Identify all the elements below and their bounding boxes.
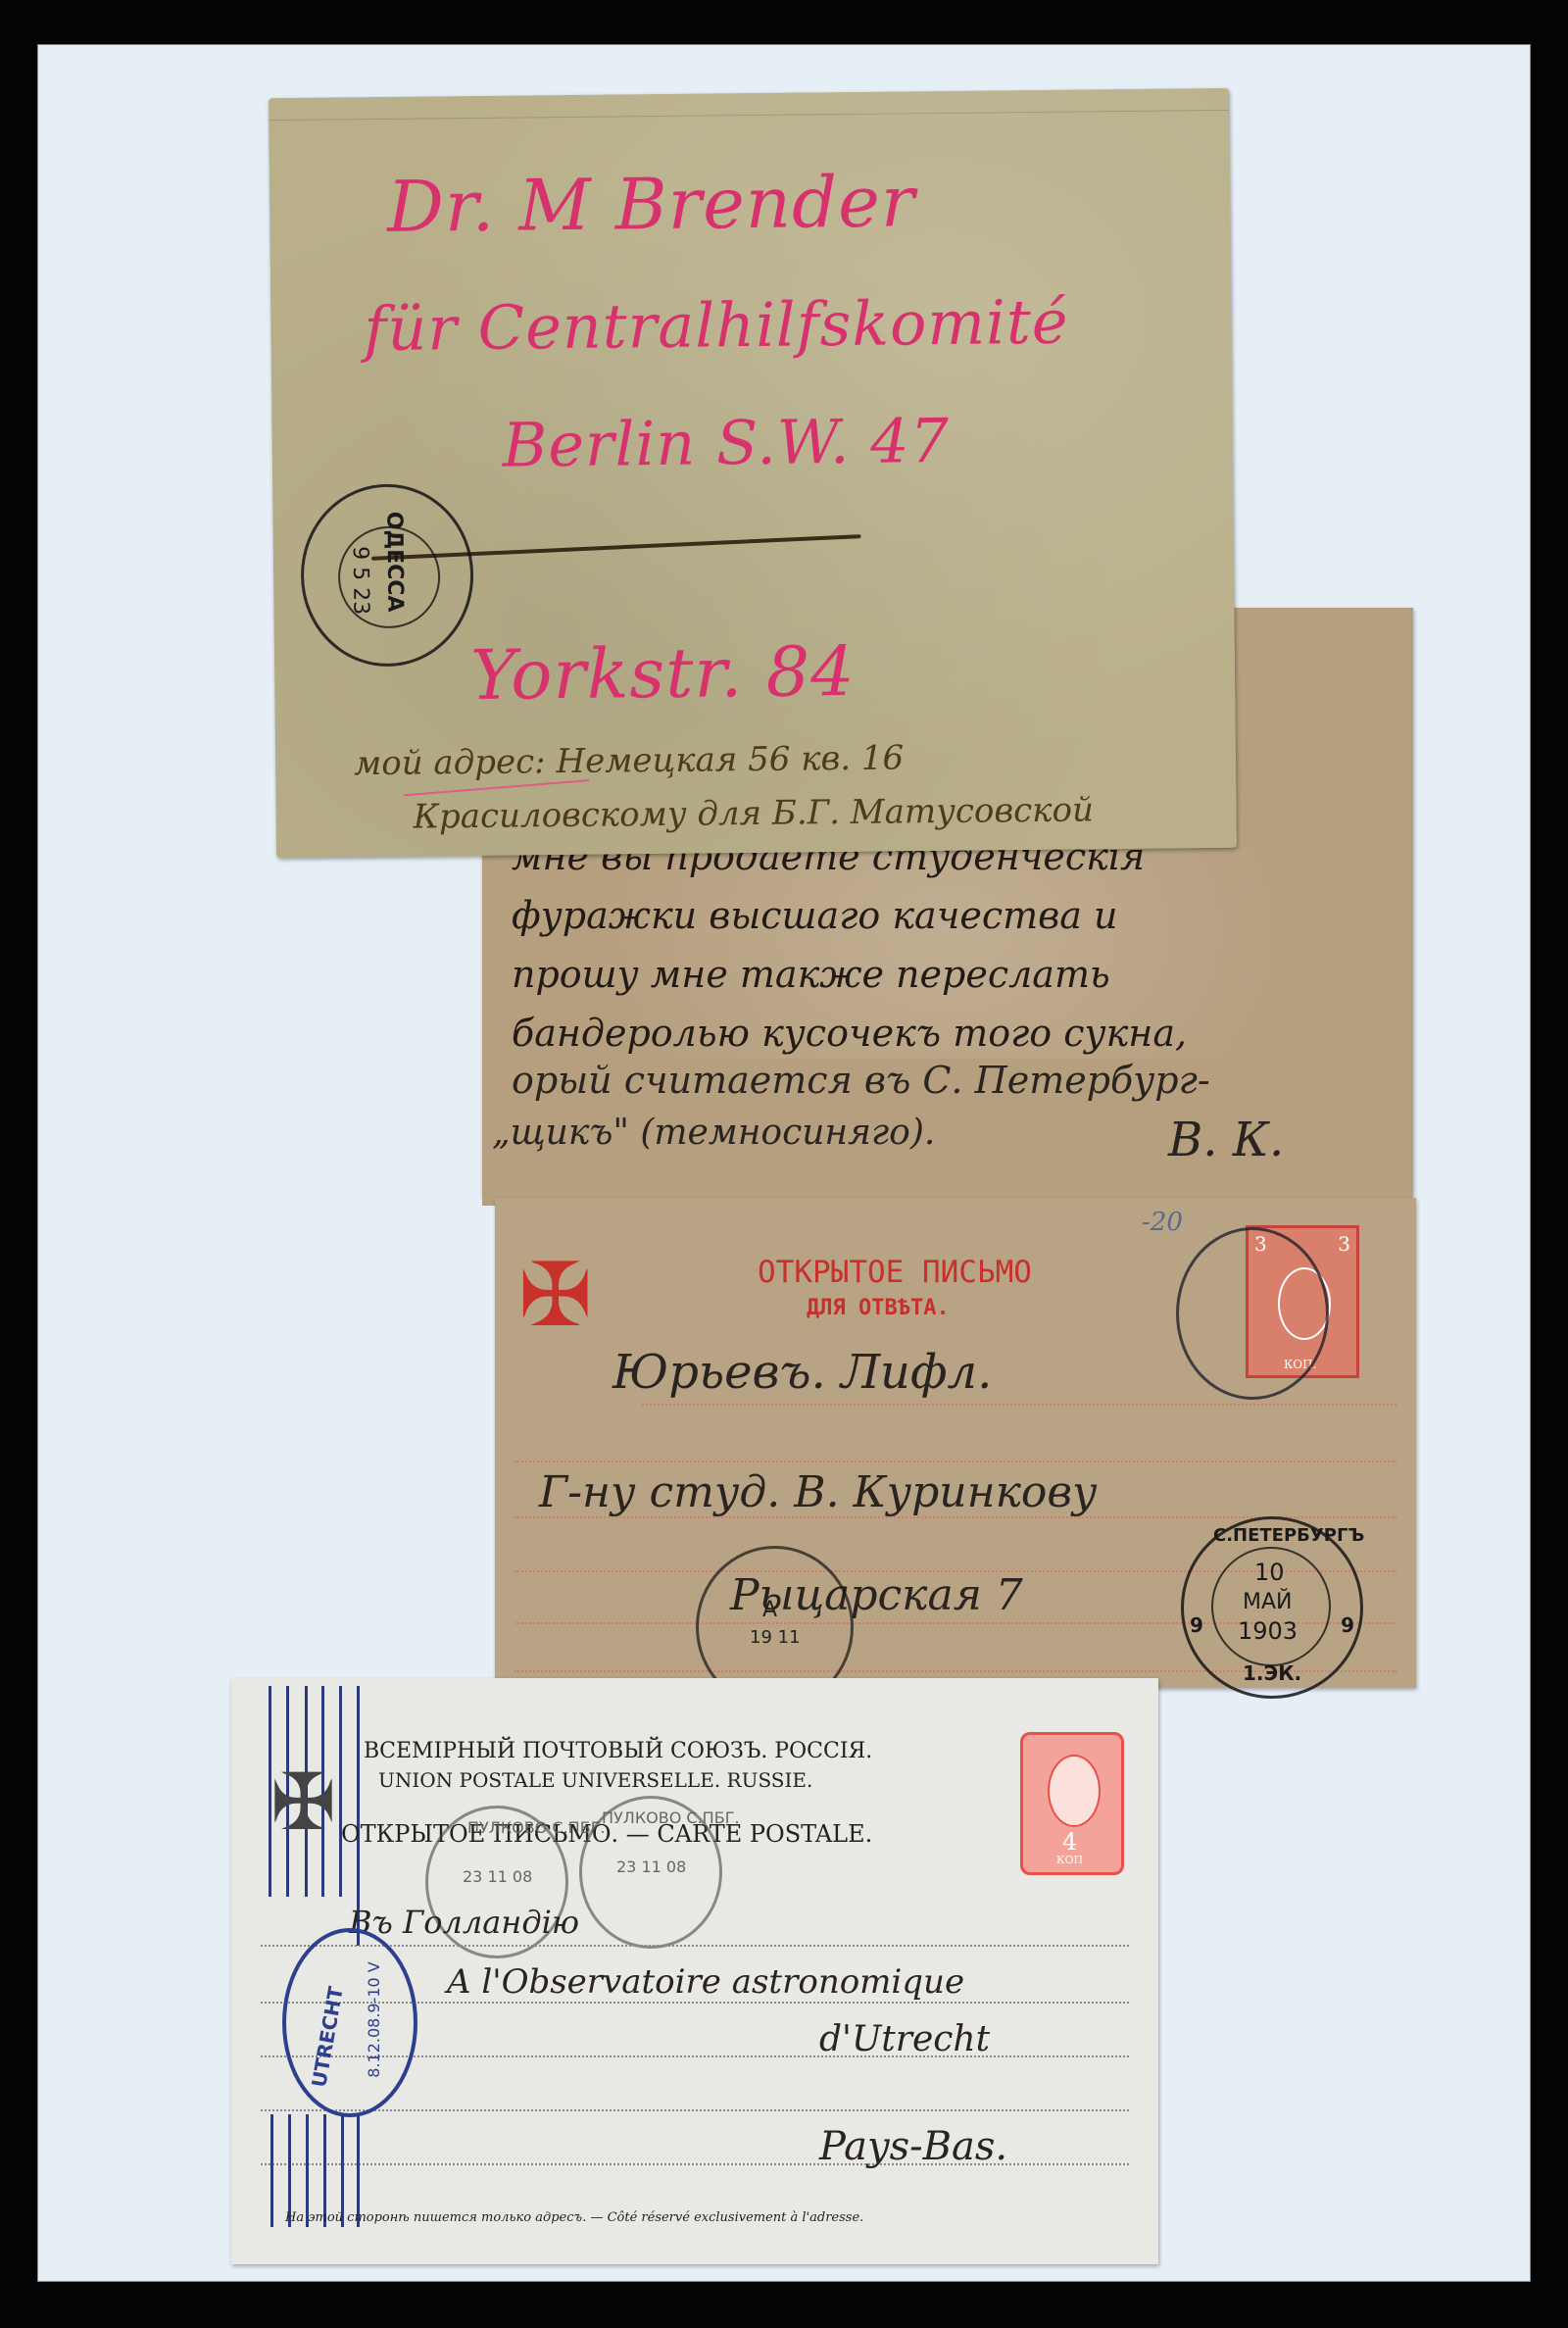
letter-line: „щикъ" (темносиняго). [492,1113,935,1153]
address-line: für Centralhilfskomité [364,286,1069,366]
address-line: Pays-Bas. [819,2124,1007,2169]
address-line: Berlin S.W. 47 [502,405,950,481]
address-line: Г-ну студ. В. Куринкову [539,1467,1098,1517]
footer-note: На этой сторонѣ пишется только адресъ. —… [285,2210,863,2225]
postmark-st-petersburg: С.ПЕТЕРБУРГЪ 10 МАЙ 1903 1.ЭК. 9 9 [1181,1516,1363,1699]
address-line: Yorkstr. 84 [470,631,856,716]
address-line: A l'Observatoire astronomique [447,1962,964,2002]
header-ru: ВСЕМІРНЫЙ ПОЧТОВЫЙ СОЮЗЪ. РОССІЯ. [364,1739,872,1763]
pencil-note: -20 [1142,1208,1183,1237]
eagle-oval-icon [1048,1755,1101,1827]
letter-line: орый считается въ С. Петербург- [512,1059,1210,1102]
postmark-spb-transit [1176,1227,1329,1400]
upu-postcard: ✠ ВСЕМІРНЫЙ ПОЧТОВЫЙ СОЮЗЪ. РОССІЯ. UNIO… [231,1678,1158,2264]
sender-line: мой адрес: Немецкая 56 кв. 16 [354,738,905,783]
card-subtitle: ДЛЯ ОТВѢТА. [807,1296,950,1320]
postmark-pulkovo-2: ПУЛКОВО С.ПБГ. 23 11 08 [579,1796,722,1949]
card-title: ОТКРЫТОЕ ПИСЬМО [758,1255,1032,1290]
letter-card-lower: орый считается въ С. Петербург- „щикъ" (… [482,1059,1413,1206]
stamp-4-kop: 4 КОП [1020,1732,1124,1875]
imperial-eagle-icon: ✠ [518,1252,592,1340]
signature: В. К. [1168,1113,1284,1167]
address-line: Юрьевъ. Лифл. [612,1345,992,1400]
postmark-utrecht: UTRECHT 8.12.08.9-10 V [282,1928,417,2117]
envelope: Dr. M Brender für Centralhilfskomité Ber… [269,88,1237,858]
reply-card: ✠ ОТКРЫТОЕ ПИСЬМО ДЛЯ ОТВѢТА. -20 3 3 КО… [495,1198,1416,1688]
sender-line: Красиловскому для Б.Г. Матусовской [413,790,1094,836]
postmark-odessa: ОДЕССА 9 5 23 [300,483,474,668]
address-line: Dr. M Brender [387,160,916,248]
address-line: d'Utrecht [819,2019,990,2059]
address-line: Въ Голландію [349,1904,579,1941]
imperial-eagle-icon: ✠ [270,1757,336,1848]
header-fr: UNION POSTALE UNIVERSELLE. RUSSIE. [378,1768,812,1792]
